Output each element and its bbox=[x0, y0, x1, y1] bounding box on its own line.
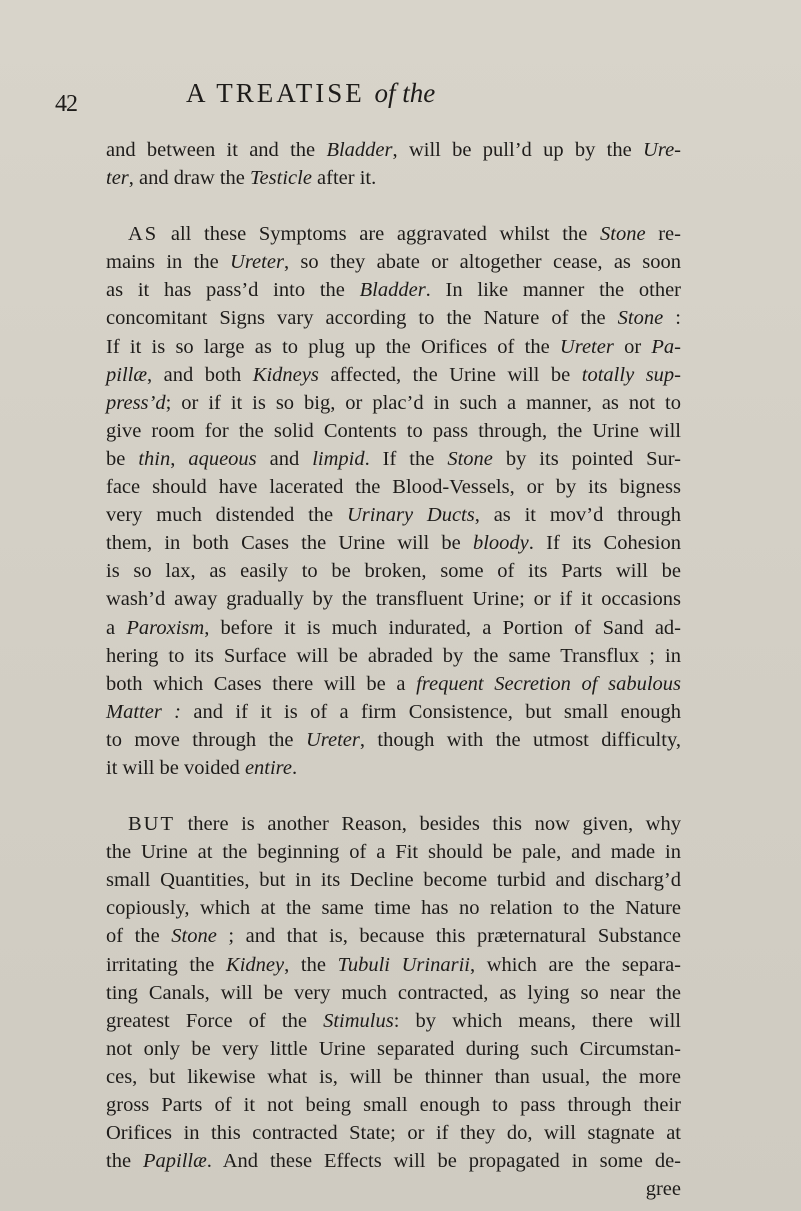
italic-term: pillæ bbox=[106, 364, 147, 386]
italic-term: Ureter bbox=[560, 336, 614, 358]
text-run: be bbox=[106, 448, 138, 470]
text-run: there is another Reason, besides this no… bbox=[175, 813, 681, 835]
text-line: gross Parts of it not being small enough… bbox=[106, 1091, 681, 1119]
text-line: pillæ, and both Kidneys affected, the Ur… bbox=[106, 361, 681, 389]
text-line: as it has pass’d into the Bladder. In li… bbox=[106, 276, 681, 304]
text-line: to move through the Ureter, though with … bbox=[106, 726, 681, 754]
text-run: is so lax, as easily to be broken, some … bbox=[106, 560, 681, 582]
text-line: not only be very little Urine separated … bbox=[106, 1035, 681, 1063]
italic-term: Stone bbox=[600, 223, 646, 245]
text-line: mains in the Ureter, so they abate or al… bbox=[106, 248, 681, 276]
text-run: by its pointed Sur- bbox=[493, 448, 681, 470]
text-run: the Urine at the beginning of a Fit shou… bbox=[106, 841, 681, 863]
text-run: copiously, which at the same time has no… bbox=[106, 897, 681, 919]
text-run: and if it is of a firm Consistence, but … bbox=[181, 701, 681, 723]
italic-term: Tubuli Urinarii bbox=[338, 954, 470, 976]
text-line: face should have lacerated the Blood-Ves… bbox=[106, 473, 681, 501]
paragraph-gap bbox=[106, 192, 681, 220]
text-run: or bbox=[614, 336, 652, 358]
text-line: it will be voided entire. bbox=[106, 754, 681, 782]
running-head-title: A TREATISE bbox=[186, 78, 365, 108]
text-run: , and both bbox=[147, 364, 253, 386]
text-line: of the Stone ; and that is, because this… bbox=[106, 922, 681, 950]
text-line: If it is so large as to plug up the Orif… bbox=[106, 333, 681, 361]
text-run: wash’d away gradually by the transfluent… bbox=[106, 588, 681, 610]
text-run: mains in the bbox=[106, 251, 230, 273]
book-page: 42 A TREATISE of the and between it and … bbox=[0, 0, 801, 1211]
text-line: irritating the Kidney, the Tubuli Urinar… bbox=[106, 951, 681, 979]
text-run: AS bbox=[128, 223, 158, 245]
text-run: hering to its Surface will be abraded by… bbox=[106, 645, 681, 667]
text-run: and between it and the bbox=[106, 139, 326, 161]
italic-term: Testicle bbox=[250, 167, 312, 189]
italic-term: Stone bbox=[171, 925, 217, 947]
text-run: very much distended the bbox=[106, 504, 347, 526]
text-run: ces, but likewise what is, will be thinn… bbox=[106, 1066, 681, 1088]
text-run: If it is so large as to plug up the Orif… bbox=[106, 336, 560, 358]
text-run: give room for the solid Contents to pass… bbox=[106, 420, 681, 442]
running-head: A TREATISE of the bbox=[186, 78, 435, 109]
text-run: . And these Effects will be propagated i… bbox=[207, 1150, 681, 1172]
text-run: it will be voided bbox=[106, 757, 245, 779]
text-line: hering to its Surface will be abraded by… bbox=[106, 642, 681, 670]
text-line: small Quantities, but in its Decline bec… bbox=[106, 866, 681, 894]
italic-term: Papillæ bbox=[143, 1150, 207, 1172]
text-line: very much distended the Urinary Ducts, a… bbox=[106, 501, 681, 529]
italic-term: Paroxism bbox=[126, 617, 204, 639]
text-run: concomitant Signs vary according to the … bbox=[106, 307, 618, 329]
text-line: Orifices in this contracted State; or if… bbox=[106, 1119, 681, 1147]
text-run: affected, the Urine will be bbox=[319, 364, 582, 386]
text-run: ting Canals, will be very much contracte… bbox=[106, 982, 681, 1004]
italic-term: totally sup- bbox=[582, 364, 681, 386]
text-line: ting Canals, will be very much contracte… bbox=[106, 979, 681, 1007]
text-line: concomitant Signs vary according to the … bbox=[106, 304, 681, 332]
italic-term: Kidneys bbox=[253, 364, 319, 386]
text-run: face should have lacerated the Blood-Ves… bbox=[106, 476, 681, 498]
text-line: greatest Force of the Stimulus: by which… bbox=[106, 1007, 681, 1035]
text-run: and bbox=[257, 448, 313, 470]
text-line: be thin, aqueous and limpid. If the Ston… bbox=[106, 445, 681, 473]
paragraph: BUT there is another Reason, besides thi… bbox=[106, 810, 681, 1175]
italic-term: thin bbox=[138, 448, 170, 470]
text-run: ; or if it is so big, or plac’d in such … bbox=[166, 392, 681, 414]
text-run: . In like manner the other bbox=[426, 279, 681, 301]
italic-term: Urinary Ducts bbox=[347, 504, 475, 526]
text-line: the Urine at the beginning of a Fit shou… bbox=[106, 838, 681, 866]
text-run: Orifices in this contracted State; or if… bbox=[106, 1122, 681, 1144]
text-run: both which Cases there will be a bbox=[106, 673, 416, 695]
text-run: . bbox=[292, 757, 297, 779]
text-line: ces, but likewise what is, will be thinn… bbox=[106, 1063, 681, 1091]
body-text: and between it and the Bladder, will be … bbox=[106, 136, 681, 1203]
text-run: a bbox=[106, 617, 126, 639]
text-run: the bbox=[106, 1150, 143, 1172]
text-run: , so they abate or altogether cease, as … bbox=[284, 251, 681, 273]
italic-term: Bladder bbox=[326, 139, 392, 161]
italic-term: ter bbox=[106, 167, 129, 189]
text-run: of the bbox=[106, 925, 171, 947]
page-number: 42 bbox=[55, 91, 77, 118]
running-head-suffix: of the bbox=[375, 78, 436, 108]
text-line: is so lax, as easily to be broken, some … bbox=[106, 557, 681, 585]
text-run: , will be pull’d up by the bbox=[393, 139, 644, 161]
italic-term: bloody bbox=[473, 532, 529, 554]
text-line: BUT there is another Reason, besides thi… bbox=[106, 810, 681, 838]
italic-term: Pa- bbox=[651, 336, 681, 358]
text-run: ; and that is, because this præternatura… bbox=[217, 925, 681, 947]
text-run: , bbox=[170, 448, 188, 470]
text-line: press’d; or if it is so big, or plac’d i… bbox=[106, 389, 681, 417]
text-line: both which Cases there will be a frequen… bbox=[106, 670, 681, 698]
italic-term: Stone bbox=[618, 307, 664, 329]
italic-term: Bladder bbox=[360, 279, 426, 301]
text-line: give room for the solid Contents to pass… bbox=[106, 417, 681, 445]
text-line: the Papillæ. And these Effects will be p… bbox=[106, 1147, 681, 1175]
paragraph-gap bbox=[106, 782, 681, 810]
text-run: to move through the bbox=[106, 729, 306, 751]
italic-term: Stimulus bbox=[323, 1010, 394, 1032]
text-run: all these Symptoms are aggravated whilst… bbox=[158, 223, 600, 245]
text-line: AS all these Symptoms are aggravated whi… bbox=[106, 220, 681, 248]
text-line: copiously, which at the same time has no… bbox=[106, 894, 681, 922]
text-run: , before it is much indurated, a Portion… bbox=[204, 617, 681, 639]
italic-term: Ure- bbox=[643, 139, 681, 161]
italic-term: press’d bbox=[106, 392, 166, 414]
text-line: a Paroxism, before it is much indurated,… bbox=[106, 614, 681, 642]
paragraph: and between it and the Bladder, will be … bbox=[106, 136, 681, 192]
text-run: gross Parts of it not being small enough… bbox=[106, 1094, 681, 1116]
italic-term: Ureter bbox=[230, 251, 284, 273]
text-run: . If the bbox=[365, 448, 448, 470]
text-line: wash’d away gradually by the transfluent… bbox=[106, 585, 681, 613]
text-run: . If its Cohesion bbox=[529, 532, 681, 554]
text-run: , and draw the bbox=[129, 167, 250, 189]
catchword: gree bbox=[106, 1175, 681, 1203]
italic-term: Stone bbox=[447, 448, 493, 470]
text-run: small Quantities, but in its Decline bec… bbox=[106, 869, 681, 891]
text-run: : by which means, there will bbox=[394, 1010, 681, 1032]
italic-term: frequent Secretion of sabulous bbox=[416, 673, 681, 695]
text-line: Matter : and if it is of a firm Consiste… bbox=[106, 698, 681, 726]
text-run: as it has pass’d into the bbox=[106, 279, 360, 301]
paragraph: AS all these Symptoms are aggravated whi… bbox=[106, 220, 681, 782]
text-run: irritating the bbox=[106, 954, 226, 976]
italic-term: Matter : bbox=[106, 701, 181, 723]
text-run: them, in both Cases the Urine will be bbox=[106, 532, 473, 554]
text-run: , which are the separa- bbox=[470, 954, 681, 976]
text-run: after it. bbox=[312, 167, 376, 189]
text-run: BUT bbox=[128, 813, 175, 835]
text-run: , the bbox=[284, 954, 337, 976]
text-line: them, in both Cases the Urine will be bl… bbox=[106, 529, 681, 557]
text-run: greatest Force of the bbox=[106, 1010, 323, 1032]
italic-term: entire bbox=[245, 757, 292, 779]
text-run: , though with the utmost difficulty, bbox=[360, 729, 681, 751]
text-line: ter, and draw the Testicle after it. bbox=[106, 164, 681, 192]
text-run: : bbox=[663, 307, 681, 329]
italic-term: Kidney bbox=[226, 954, 284, 976]
text-run: not only be very little Urine separated … bbox=[106, 1038, 681, 1060]
text-run: , as it mov’d through bbox=[475, 504, 681, 526]
italic-term: aqueous bbox=[188, 448, 256, 470]
text-run: re- bbox=[646, 223, 681, 245]
text-line: and between it and the Bladder, will be … bbox=[106, 136, 681, 164]
italic-term: limpid bbox=[312, 448, 364, 470]
italic-term: Ureter bbox=[306, 729, 360, 751]
